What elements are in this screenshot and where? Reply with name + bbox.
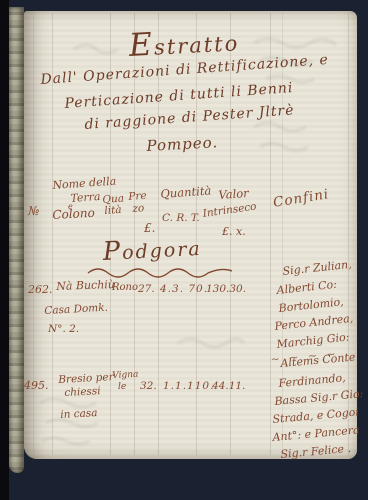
- confini-line: Sig.r Zulian,: [282, 258, 352, 278]
- confini-line: Altems Conte: [280, 350, 356, 369]
- row-name-line: Nà Buchiù: [56, 278, 115, 293]
- confini-line: Alberti Co:: [276, 278, 337, 297]
- confini-line: Strada, e Cogoi: [272, 405, 359, 425]
- col-header-quality: lità: [104, 204, 122, 217]
- book-binding-edge: [0, 0, 9, 500]
- row-price: 27.: [138, 283, 155, 295]
- row-quality: Rono: [112, 282, 138, 293]
- bleedthrough-smudge: [250, 31, 342, 97]
- row-name-line: Bresio per: [58, 371, 114, 386]
- col-header-name: Terra: [70, 190, 101, 205]
- column-rule: [282, 13, 283, 455]
- title-line: Dall' Operazioni di Rettificazione, e: [40, 52, 329, 88]
- row-price: 32.: [140, 380, 157, 392]
- confini-line: Bassa Sig.r Gio:: [274, 387, 364, 408]
- col-header-value-units: £. x.: [222, 225, 246, 238]
- col-header-name: Nome della: [52, 175, 117, 192]
- col-header-value: Intrinseco: [202, 200, 257, 219]
- row-value: 130.30.: [206, 283, 246, 295]
- bleedthrough-smudge: [70, 35, 132, 71]
- section-heading: Podgora: [102, 232, 202, 267]
- column-rule: [158, 13, 159, 455]
- col-header-value: Valor: [218, 186, 249, 202]
- confini-line: Ant°: e Pancera: [272, 423, 360, 444]
- col-header-price: Pre: [128, 190, 147, 203]
- row-divider-squiggle: ~ ~ ~ ~: [270, 347, 339, 366]
- confini-line: Perco Andrea,: [274, 312, 354, 333]
- column-rule: [270, 13, 271, 455]
- row-quality: le: [118, 382, 126, 392]
- title-line: di raggione di Pester Jltrè: [84, 102, 295, 133]
- col-header-price: zo: [132, 202, 145, 215]
- podgora-flourish: [84, 263, 254, 283]
- column-rule: [230, 13, 231, 455]
- col-header-quantity: Quantità: [160, 183, 212, 201]
- column-rule: [348, 13, 349, 455]
- col-header-quality: Qua: [102, 192, 124, 205]
- row-number: 262.: [28, 283, 53, 296]
- column-rule: [52, 13, 53, 455]
- row-name-line: in casa: [60, 407, 98, 421]
- bleedthrough-smudge: [174, 329, 246, 363]
- row-quality: Vigna: [112, 370, 139, 381]
- document-title: Estratto: [128, 22, 240, 64]
- confini-line: Sig.r Felice .: [280, 442, 351, 461]
- confini-line: Ferdinando,: [278, 371, 346, 390]
- column-rule: [196, 13, 197, 455]
- page-edge-stack: [9, 7, 24, 473]
- row-value: 44.11.: [212, 380, 245, 392]
- title-line: Pompeo.: [146, 133, 219, 155]
- confini-line: Marchig Gio:: [276, 330, 350, 351]
- col-header-number: №: [28, 204, 39, 218]
- title-line: Perticazione di tutti li Benni: [64, 80, 294, 112]
- manuscript-photo: Estratto Dall' Operazioni di Rettificazi…: [0, 0, 368, 500]
- row-name-line: chiessi: [64, 385, 101, 399]
- column-rule: [134, 13, 135, 455]
- column-rule: [110, 13, 111, 455]
- row-name-line: N°. 2.: [48, 323, 79, 335]
- col-header-price-unit: £.: [144, 221, 155, 235]
- row-name-line: Casa Domk.: [44, 302, 108, 317]
- manuscript-page: Estratto Dall' Operazioni di Rettificazi…: [24, 11, 357, 459]
- col-header-name: Colono: [52, 206, 95, 222]
- confini-line: Bortolomio,: [278, 295, 344, 315]
- bleedthrough-smudge: [34, 389, 126, 455]
- col-header-confini: Confini: [272, 186, 330, 211]
- row-quantity: 4.3. 70.: [160, 283, 208, 295]
- row-number: 495.: [24, 379, 49, 392]
- column-rule: [33, 13, 34, 455]
- col-header-quantity-units: C. R. T.: [162, 212, 200, 224]
- bleedthrough-smudge: [250, 115, 332, 171]
- row-quantity: 1.1.110.: [163, 380, 214, 392]
- col-header-name: e: [68, 202, 73, 211]
